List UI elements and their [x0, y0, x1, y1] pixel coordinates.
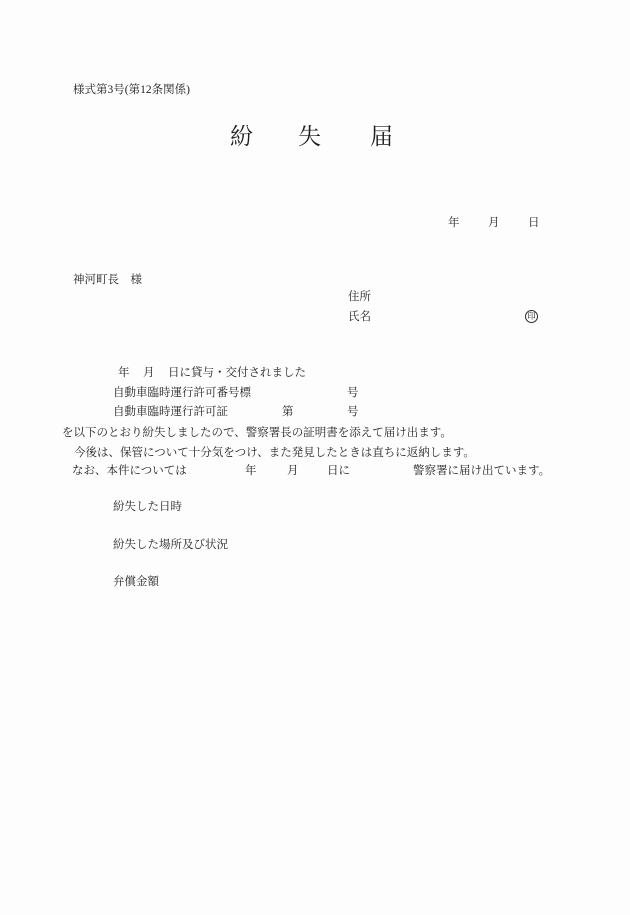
reported-suffix-text: 警察署に届け出ています。 — [413, 466, 550, 478]
date-year-label: 年 — [448, 218, 460, 230]
title-char-2: 失 — [298, 125, 321, 148]
issued-rest-text: 日に貸与・交付されました — [168, 368, 306, 380]
statement-care: 今後は、保管について十分気をつけ、また発見したときは直ちに返納します。 — [74, 448, 475, 460]
field-compensation-label: 弁償金額 — [113, 577, 159, 589]
field-lost-datetime-label: 紛失した日時 — [113, 502, 182, 514]
field-lost-place-label: 紛失した場所及び状況 — [113, 540, 228, 552]
form-number: 様式第3号(第12条関係) — [73, 85, 190, 97]
name-label: 氏名 — [348, 312, 371, 324]
plate-label: 自動車臨時運行許可番号標 — [113, 388, 251, 400]
title-char-1: 紛 — [230, 125, 253, 148]
seal-icon: 印 — [525, 310, 538, 323]
reported-prefix-text: なお、本件については — [72, 466, 187, 478]
statement-lost: を以下のとおり紛失しましたので、警察署長の証明書を添えて届け出ます。 — [62, 428, 452, 440]
permit-label: 自動車臨時運行許可証 — [113, 407, 228, 419]
issued-year-label: 年 — [118, 368, 130, 380]
plate-unit-label: 号 — [347, 388, 359, 400]
permit-unit-label: 号 — [347, 407, 359, 419]
addressee: 神河町長 様 — [73, 275, 142, 287]
date-month-label: 月 — [488, 218, 500, 230]
date-day-label: 日 — [528, 218, 540, 230]
address-label: 住所 — [348, 292, 371, 304]
issued-month-label: 月 — [143, 368, 155, 380]
reported-year-label: 年 — [245, 466, 257, 478]
loss-report-form-page: 様式第3号(第12条関係) 紛 失 届 年 月 日 神河町長 様 住所 氏名 印… — [0, 0, 630, 915]
reported-month-label: 月 — [287, 466, 299, 478]
permit-no-label: 第 — [282, 407, 294, 419]
reported-day-label: 日に — [327, 466, 350, 478]
title-char-3: 届 — [370, 125, 393, 148]
